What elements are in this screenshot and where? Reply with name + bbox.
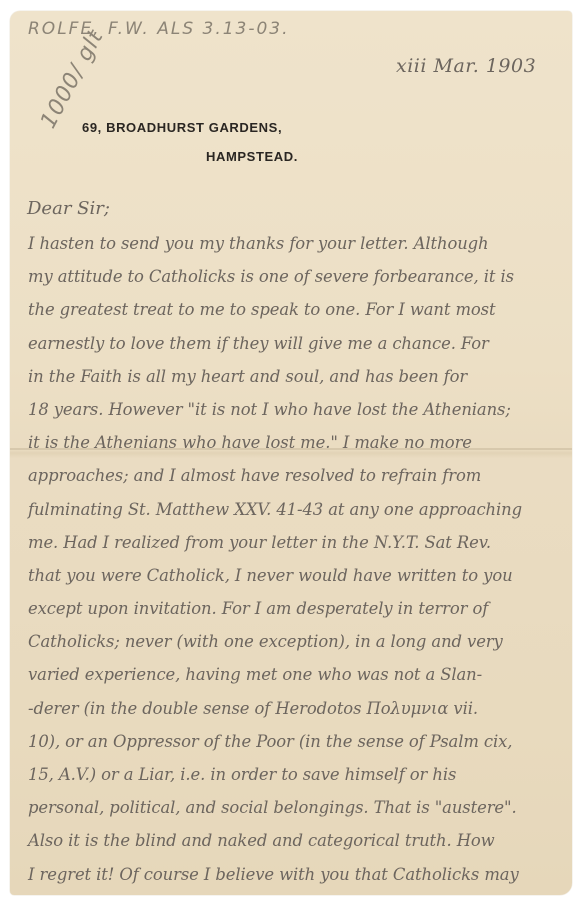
letter-page: ROLFE, F.W. ALS 3.13-03. 1000/ glt xiii … [10,11,572,895]
body-line: it is the Athenians who have lost me." I… [28,426,573,459]
body-line: fulminating St. Matthew XXV. 41-43 at an… [28,493,573,526]
body-line: approaches; and I almost have resolved t… [28,459,573,492]
body-line: varied experience, having met one who wa… [28,658,573,691]
letter-body: I hasten to send you my thanks for your … [28,227,573,891]
body-line: I regret it! Of course I believe with yo… [28,858,573,891]
catalog-note: ROLFE, F.W. ALS 3.13-03. [28,19,290,39]
body-line: Also it is the blind and naked and categ… [28,824,573,857]
body-line: 18 years. However "it is not I who have … [28,393,573,426]
body-line: -derer (in the double sense of Herodotos… [28,692,573,725]
body-line: earnestly to love them if they will give… [28,327,573,360]
letterhead-address: 69, BROADHURST GARDENS, [82,120,282,135]
price-note: 1000/ glt [36,26,109,133]
letter-date: xiii Mar. 1903 [396,55,536,77]
salutation: Dear Sir; [27,198,110,219]
letterhead-town: HAMPSTEAD. [206,149,298,164]
body-line: 15, A.V.) or a Liar, i.e. in order to sa… [28,758,573,791]
body-line: my attitude to Catholicks is one of seve… [28,260,573,293]
body-line: I hasten to send you my thanks for your … [28,227,573,260]
body-line: in the Faith is all my heart and soul, a… [28,360,573,393]
body-line: personal, political, and social belongin… [28,791,573,824]
body-line: Catholicks; never (with one exception), … [28,625,573,658]
body-line: the greatest treat to me to speak to one… [28,293,573,326]
body-line: me. Had I realized from your letter in t… [28,526,573,559]
body-line: that you were Catholick, I never would h… [28,559,573,592]
body-line: except upon invitation. For I am despera… [28,592,573,625]
body-line: 10), or an Oppressor of the Poor (in the… [28,725,573,758]
